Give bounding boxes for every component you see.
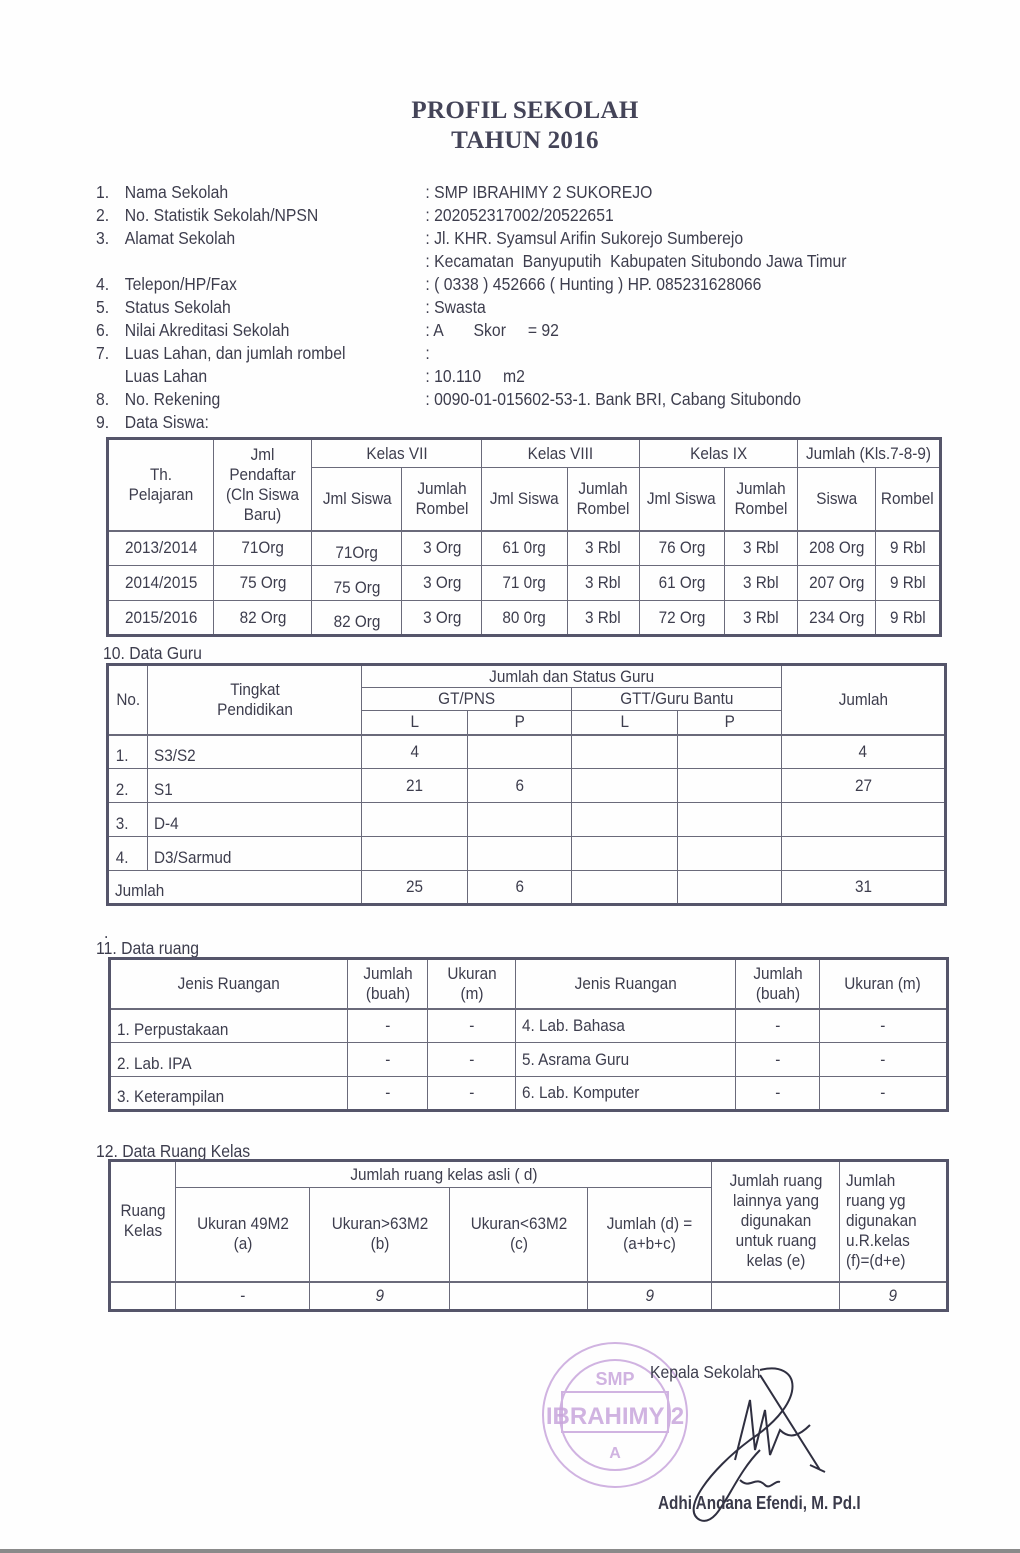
header-total-rombel: Rombel: [875, 468, 940, 531]
cell-total-gt-l: 25: [362, 871, 468, 905]
cell-no: 4.: [108, 837, 148, 871]
cell-total-siswa: 207 Org: [797, 566, 875, 601]
cell-k8-siswa: 80 0rg: [482, 601, 567, 636]
table-row: 3.D-4: [108, 803, 946, 837]
header-k9-siswa: Jml Siswa: [639, 468, 724, 531]
cell-total-jumlah: 31: [782, 871, 946, 905]
info-num: 5.: [96, 296, 125, 319]
info-num: [96, 250, 125, 273]
header-jumlah: Jumlah: [782, 665, 946, 735]
cell-k9-rombel: 3 Rbl: [724, 531, 797, 566]
header-no: No.: [108, 665, 148, 735]
cell-no: 1.: [108, 735, 148, 769]
info-value: : 0090-01-015602-53-1. Bank BRI, Cabang …: [425, 388, 870, 411]
header-jumlah-left: Jumlah (buah): [348, 959, 428, 1009]
cell-room-name: 2. Lab. IPA: [110, 1043, 348, 1077]
table-row: 1.S3/S244: [108, 735, 946, 769]
header-jumlah-total: Jumlah (Kls.7-8-9): [797, 439, 940, 468]
svg-text:SMP: SMP: [595, 1369, 634, 1389]
document-title: PROFIL SEKOLAH: [0, 97, 1020, 125]
student-data-table: Th. Pelajaran Jml Pendaftar (Cln Siswa B…: [106, 437, 942, 637]
cell-a: -: [176, 1282, 310, 1311]
header-ukuran-left: Ukuran (m): [428, 959, 516, 1009]
info-label: Luas Lahan: [125, 365, 426, 388]
cell-f: 9: [840, 1282, 948, 1311]
cell-room-name: 5. Asrama Guru: [516, 1043, 736, 1077]
cell-th: 2013/2014: [108, 531, 214, 566]
info-value: : 202052317002/20522651: [425, 204, 870, 227]
header-gt-l: L: [362, 711, 468, 735]
total-row: Jumlah25631: [108, 871, 946, 905]
cell-room-jumlah: -: [736, 1077, 820, 1111]
cell-gtt-l: [572, 803, 678, 837]
cell-room-name: 3. Keterampilan: [110, 1077, 348, 1111]
cell-room-name: 4. Lab. Bahasa: [516, 1009, 736, 1043]
cell-total-gtt-p: [678, 871, 782, 905]
table-row: 2015/201682 Org82 Org3 Org80 0rg3 Rbl72 …: [108, 601, 941, 636]
header-k8-rombel: Jumlah Rombel: [567, 468, 639, 531]
cell-no: 2.: [108, 769, 148, 803]
cell-room-ukuran: -: [428, 1077, 516, 1111]
cell-tingkat: S3/S2: [148, 735, 362, 769]
cell-pendaftar: 82 Org: [214, 601, 312, 636]
cell-jumlah: 4: [782, 735, 946, 769]
info-row: Luas Lahan: 10.110 m2: [96, 365, 870, 388]
info-num: 2.: [96, 204, 125, 227]
cell-pendaftar: 71Org: [214, 531, 312, 566]
info-label: Telepon/HP/Fax: [125, 273, 426, 296]
header-d: Jumlah (d) =(a+b+c): [588, 1188, 712, 1282]
cell-room-name: 1. Perpustakaan: [110, 1009, 348, 1043]
info-num: 9.: [96, 411, 125, 434]
page-bottom-border: [0, 1549, 1020, 1553]
cell-room-ukuran: -: [820, 1009, 948, 1043]
cell-gt-l: [362, 837, 468, 871]
header-jenis-ruangan-right: Jenis Ruangan: [516, 959, 736, 1009]
cell-k8-rombel: 3 Rbl: [567, 566, 639, 601]
info-value: :: [425, 342, 870, 365]
cell-total-siswa: 234 Org: [797, 601, 875, 636]
cell-tingkat: D-4: [148, 803, 362, 837]
cell-room-ukuran: -: [428, 1009, 516, 1043]
info-row: 9.Data Siswa:: [96, 411, 870, 434]
info-value: : SMP IBRAHIMY 2 SUKOREJO: [425, 181, 870, 204]
cell-room-ukuran: -: [428, 1043, 516, 1077]
header-tingkat: Tingkat Pendidikan: [148, 665, 362, 735]
header-ukuran-right: Ukuran (m): [820, 959, 948, 1009]
info-label: No. Rekening: [125, 388, 426, 411]
table-row: 2014/201575 Org75 Org3 Org71 0rg3 Rbl61 …: [108, 566, 941, 601]
info-label: Data Siswa:: [125, 411, 426, 434]
info-row: 4.Telepon/HP/Fax: ( 0338 ) 452666 ( Hunt…: [96, 273, 870, 296]
signature-name: Adhi Andana Efendi, M. Pd.I: [658, 1493, 861, 1514]
cell-total-rombel: 9 Rbl: [875, 601, 940, 636]
cell-k9-siswa: 72 Org: [639, 601, 724, 636]
info-row: 5.Status Sekolah: Swasta: [96, 296, 870, 319]
info-label: Alamat Sekolah: [125, 227, 426, 250]
cell-k8-siswa: 71 0rg: [482, 566, 567, 601]
table-row: 3. Keterampilan--6. Lab. Komputer--: [110, 1077, 948, 1111]
cell-k9-siswa: 76 Org: [639, 531, 724, 566]
cell-k8-rombel: 3 Rbl: [567, 601, 639, 636]
info-row: 1.Nama Sekolah: SMP IBRAHIMY 2 SUKOREJO: [96, 181, 870, 204]
cell-total-gt-p: 6: [468, 871, 572, 905]
cell-k9-rombel: 3 Rbl: [724, 566, 797, 601]
header-gt-p: P: [468, 711, 572, 735]
info-row: 7.Luas Lahan, dan jumlah rombel:: [96, 342, 870, 365]
cell-no: 3.: [108, 803, 148, 837]
header-ruang-kelas: Ruang Kelas: [110, 1161, 176, 1282]
cell-room-ukuran: -: [820, 1043, 948, 1077]
cell-room-jumlah: -: [348, 1077, 428, 1111]
cell-k8-rombel: 3 Rbl: [567, 531, 639, 566]
cell-empty: [110, 1282, 176, 1311]
classroom-data-table: Ruang Kelas Jumlah ruang kelas asli ( d)…: [108, 1159, 949, 1312]
header-jumlah-asli: Jumlah ruang kelas asli ( d): [176, 1161, 712, 1188]
info-value: [425, 411, 870, 434]
cell-room-jumlah: -: [736, 1043, 820, 1077]
signature-title: Kepala Sekolah: [650, 1362, 760, 1383]
info-num: 4.: [96, 273, 125, 296]
info-num: 3.: [96, 227, 125, 250]
info-label: Status Sekolah: [125, 296, 426, 319]
header-gtt-l: L: [572, 711, 678, 735]
cell-room-jumlah: -: [348, 1043, 428, 1077]
info-value: : Swasta: [425, 296, 870, 319]
document-year: TAHUN 2016: [0, 127, 1020, 155]
header-gtt: GTT/Guru Bantu: [572, 688, 782, 711]
cell-gt-p: [468, 837, 572, 871]
cell-gt-p: [468, 735, 572, 769]
cell-gtt-p: [678, 837, 782, 871]
cell-k7-siswa: 71Org: [312, 531, 402, 566]
table-row: 2013/201471Org71Org3 Org61 0rg3 Rbl76 Or…: [108, 531, 941, 566]
cell-jumlah: [782, 837, 946, 871]
info-value: : 10.110 m2: [425, 365, 870, 388]
info-label: Nilai Akreditasi Sekolah: [125, 319, 426, 342]
cell-total-siswa: 208 Org: [797, 531, 875, 566]
cell-room-name: 6. Lab. Komputer: [516, 1077, 736, 1111]
cell-c: [450, 1282, 588, 1311]
cell-k7-rombel: 3 Org: [402, 531, 482, 566]
table-row: 2.S121627: [108, 769, 946, 803]
school-info-list: 1.Nama Sekolah: SMP IBRAHIMY 2 SUKOREJO2…: [96, 181, 870, 434]
cell-room-jumlah: -: [736, 1009, 820, 1043]
info-value: : A Skor = 92: [425, 319, 870, 342]
header-gtt-p: P: [678, 711, 782, 735]
cell-room-ukuran: -: [820, 1077, 948, 1111]
header-jumlah-right: Jumlah (buah): [736, 959, 820, 1009]
header-kelas-9: Kelas IX: [639, 439, 797, 468]
header-status-guru: Jumlah dan Status Guru: [362, 665, 782, 688]
header-total-siswa: Siswa: [797, 468, 875, 531]
header-a: Ukuran 49M2 (a): [176, 1188, 310, 1282]
header-kelas-7: Kelas VII: [312, 439, 482, 468]
cell-gtt-p: [678, 735, 782, 769]
info-row: : Kecamatan Banyuputih Kabupaten Situbon…: [96, 250, 870, 273]
info-label: [125, 250, 426, 273]
cell-e: [712, 1282, 840, 1311]
header-pendaftar: Jml Pendaftar (Cln Siswa Baru): [214, 439, 312, 531]
cell-k8-siswa: 61 0rg: [482, 531, 567, 566]
info-num: 6.: [96, 319, 125, 342]
info-row: 3.Alamat Sekolah: Jl. KHR. Syamsul Arifi…: [96, 227, 870, 250]
header-b: Ukuran>63M2 (b): [310, 1188, 450, 1282]
cell-gt-l: [362, 803, 468, 837]
section-data-guru: 10. Data Guru: [103, 643, 202, 664]
cell-gtt-l: [572, 769, 678, 803]
header-kelas-8: Kelas VIII: [482, 439, 639, 468]
cell-k9-rombel: 3 Rbl: [724, 601, 797, 636]
info-row: 2.No. Statistik Sekolah/NPSN: 2020523170…: [96, 204, 870, 227]
room-data-table: Jenis Ruangan Jumlah (buah) Ukuran (m) J…: [108, 957, 949, 1112]
info-label: Luas Lahan, dan jumlah rombel: [125, 342, 426, 365]
cell-gt-l: 4: [362, 735, 468, 769]
cell-gtt-p: [678, 803, 782, 837]
cell-total-rombel: 9 Rbl: [875, 531, 940, 566]
cell-k7-rombel: 3 Org: [402, 601, 482, 636]
cell-th: 2015/2016: [108, 601, 214, 636]
header-k9-rombel: Jumlah Rombel: [724, 468, 797, 531]
cell-gt-l: 21: [362, 769, 468, 803]
header-th-pelajaran: Th. Pelajaran: [108, 439, 214, 531]
cell-d: 9: [588, 1282, 712, 1311]
cell-k9-siswa: 61 Org: [639, 566, 724, 601]
cell-k7-siswa: 82 Org: [312, 601, 402, 636]
info-row: 6.Nilai Akreditasi Sekolah: A Skor = 92: [96, 319, 870, 342]
cell-th: 2014/2015: [108, 566, 214, 601]
header-k7-siswa: Jml Siswa: [312, 468, 402, 531]
header-f: Jumlah ruang yg digunakan u.R.kelas (f)=…: [840, 1161, 948, 1282]
cell-b: 9: [310, 1282, 450, 1311]
cell-gtt-l: [572, 837, 678, 871]
cell-tingkat: S1: [148, 769, 362, 803]
cell-gtt-p: [678, 769, 782, 803]
cell-gt-p: 6: [468, 769, 572, 803]
cell-total-rombel: 9 Rbl: [875, 566, 940, 601]
header-gt-pns: GT/PNS: [362, 688, 572, 711]
cell-total-gtt-l: [572, 871, 678, 905]
teacher-data-table: No. Tingkat Pendidikan Jumlah dan Status…: [106, 663, 947, 906]
section-data-ruang: 11. Data ruang: [96, 938, 199, 959]
info-label: No. Statistik Sekolah/NPSN: [125, 204, 426, 227]
info-num: 7.: [96, 342, 125, 365]
info-num: [96, 365, 125, 388]
info-num: 1.: [96, 181, 125, 204]
table-row: 1. Perpustakaan--4. Lab. Bahasa--: [110, 1009, 948, 1043]
info-value: : Kecamatan Banyuputih Kabupaten Situbon…: [425, 250, 870, 273]
info-value: : ( 0338 ) 452666 ( Hunting ) HP. 085231…: [425, 273, 870, 296]
cell-k7-rombel: 3 Org: [402, 566, 482, 601]
info-row: 8.No. Rekening: 0090-01-015602-53-1. Ban…: [96, 388, 870, 411]
cell-room-jumlah: -: [348, 1009, 428, 1043]
svg-text:A: A: [609, 1445, 621, 1462]
cell-jumlah: 27: [782, 769, 946, 803]
header-e: Jumlah ruang lainnya yang digunakan untu…: [712, 1161, 840, 1282]
header-k8-siswa: Jml Siswa: [482, 468, 567, 531]
cell-gtt-l: [572, 735, 678, 769]
cell-total-label: Jumlah: [108, 871, 362, 905]
header-k7-rombel: Jumlah Rombel: [402, 468, 482, 531]
header-c: Ukuran<63M2 (c): [450, 1188, 588, 1282]
cell-tingkat: D3/Sarmud: [148, 837, 362, 871]
cell-jumlah: [782, 803, 946, 837]
cell-k7-siswa: 75 Org: [312, 566, 402, 601]
info-label: Nama Sekolah: [125, 181, 426, 204]
header-jenis-ruangan-left: Jenis Ruangan: [110, 959, 348, 1009]
cell-pendaftar: 75 Org: [214, 566, 312, 601]
info-num: 8.: [96, 388, 125, 411]
cell-gt-p: [468, 803, 572, 837]
table-row: 4.D3/Sarmud: [108, 837, 946, 871]
info-value: : Jl. KHR. Syamsul Arifin Sukorejo Sumbe…: [425, 227, 870, 250]
table-row: 2. Lab. IPA--5. Asrama Guru--: [110, 1043, 948, 1077]
